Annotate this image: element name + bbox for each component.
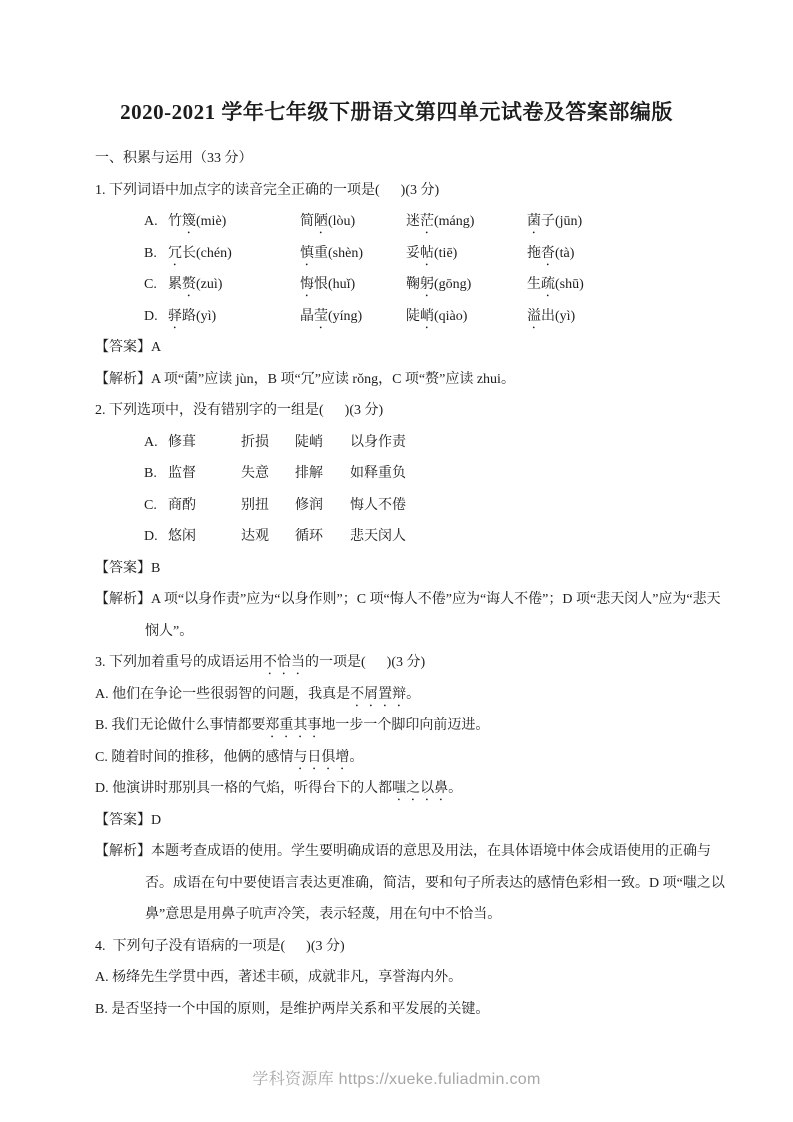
question-2-option-row: B.监督失意排解如释重负 (144, 458, 707, 490)
question-1-option-row: A.竹篾(miè)简陋(lòu)迷茫(máng)菌子(jūn) (144, 206, 707, 238)
text-run: (qiào) (434, 309, 467, 324)
question-1-option-row: D.驿路(yì)晶莹(yíng)陡峭(qiào)溢出(yì) (144, 301, 707, 333)
emphasized-text: 驿 (168, 309, 182, 324)
text-run: (yíng) (328, 309, 362, 324)
text-run: 简 (300, 214, 314, 229)
option-cell: 达观 (241, 521, 295, 553)
text-run: 拖 (527, 246, 541, 261)
text-run: 的一项是( )(3 分) (305, 655, 425, 670)
option-cell: 晶莹(yíng) (300, 301, 406, 333)
page-title: 2020-2021 学年七年级下册语文第四单元试卷及答案部编版 (0, 0, 793, 127)
option-cell: 以身作责 (350, 427, 707, 459)
emphasized-text: 峭 (420, 309, 434, 324)
text-run: 累 (168, 277, 182, 292)
option-cell: C.累赘(zuì) (144, 269, 300, 301)
emphasized-text: 赘 (182, 277, 196, 292)
option-cell: 妥帖(tiē) (406, 238, 527, 270)
question-3-option: A. 他们在争论一些很弱智的问题，我真是不屑置辩。 (95, 679, 707, 711)
question-4-option: B. 是否坚持一个中国的原则，是维护两岸关系和平发展的关键。 (95, 994, 707, 1026)
text-run: 别扭 (241, 498, 269, 513)
text-run: 3. 下列加着重号的成语运用 (95, 655, 263, 670)
option-cell: 循环 (295, 521, 350, 553)
text-run: 4. 下列句子没有语病的一项是( )(3 分) (95, 939, 345, 954)
option-label: A. (144, 206, 168, 238)
text-run: (tà) (555, 246, 574, 261)
text-run: 1. 下列词语中加点字的读音完全正确的一项是( )(3 分) (95, 183, 439, 198)
question-4-option: A. 杨绛先生学贯中西，著述丰硕，成就非凡，享誉海内外。 (95, 962, 707, 994)
option-label: C. (144, 490, 168, 522)
emphasized-text: 躬 (420, 277, 434, 292)
text-run: 修葺 (168, 435, 196, 450)
text-run: (gōng) (434, 277, 471, 292)
question-2-option-row: A.修葺折损陡峭以身作责 (144, 427, 707, 459)
text-run: (tiē) (434, 246, 457, 261)
emphasized-text: 莹 (314, 309, 328, 324)
option-label: C. (144, 269, 168, 301)
text-run: 悠闲 (168, 529, 196, 544)
text-run: 商酌 (168, 498, 196, 513)
question-3-analysis: 【解析】本题考查成语的使用。学生要明确成语的意思及用法，在具体语境中体会成语使用… (95, 836, 730, 931)
question-3-option: B. 我们无论做什么事情都要郑重其事地一步一个脚印向前迈进。 (95, 710, 707, 742)
text-run: C. 随着时间的推移，他俩的感情 (95, 750, 293, 765)
text-run: 出(yì) (541, 309, 575, 324)
emphasized-text: 篾 (182, 214, 196, 229)
option-cell: D.驿路(yì) (144, 301, 300, 333)
emphasized-text: 溢 (527, 309, 541, 324)
text-run: A. 杨绛先生学贯中西，著述丰硕，成就非凡，享誉海内外。 (95, 970, 462, 985)
option-cell: 陡峭(qiào) (406, 301, 527, 333)
text-run: 鞠 (406, 277, 420, 292)
option-cell: B.冗长(chén) (144, 238, 300, 270)
option-label: B. (144, 458, 168, 490)
question-1-analysis: 【解析】A 项“菌”应读 jùn，B 项“冗”应读 rǒng，C 项“赘”应读 … (95, 364, 730, 396)
question-2-analysis: 【解析】A 项“以身作责”应为“以身作则”；C 项“悔人不倦”应为“诲人不倦”；… (95, 584, 730, 647)
text-run: 恨(huǐ) (314, 277, 355, 292)
text-run: 妥 (406, 246, 420, 261)
option-label: A. (144, 427, 168, 459)
emphasized-text: 帖 (420, 246, 434, 261)
emphasized-text: 嗤之以鼻 (392, 781, 448, 796)
question-1-option-row: C.累赘(zuì)悔恨(huǐ)鞠躬(gōng)生疏(shū) (144, 269, 707, 301)
text-run: 以身作责 (350, 435, 406, 450)
text-run: B. 是否坚持一个中国的原则，是维护两岸关系和平发展的关键。 (95, 1002, 489, 1017)
question-1-answer: 【答案】A (95, 332, 707, 364)
question-2-answer: 【答案】B (95, 553, 707, 585)
option-cell: 如释重负 (350, 458, 707, 490)
text-run: 监督 (168, 466, 196, 481)
option-cell: 迷茫(máng) (406, 206, 527, 238)
text-run: 修润 (295, 498, 323, 513)
option-cell: 拖沓(tà) (527, 238, 707, 270)
footer: 学科资源库 https://xueke.fuliadmin.com (0, 1066, 793, 1089)
option-label: D. (144, 521, 168, 553)
question-1-stem: 1. 下列词语中加点字的读音完全正确的一项是( )(3 分) (95, 175, 707, 207)
emphasized-text: 悔 (300, 277, 314, 292)
option-cell: 折损 (241, 427, 295, 459)
emphasized-text: 菌 (527, 214, 541, 229)
emphasized-text: 不屑置辩 (350, 687, 406, 702)
text-run: 子(jūn) (541, 214, 582, 229)
text-run: 如释重负 (350, 466, 406, 481)
text-run: D. 他演讲时那别具一格的气焰，听得台下的人都 (95, 781, 392, 796)
option-cell: 别扭 (241, 490, 295, 522)
question-2-option-row: C.商酌别扭修润悔人不倦 (144, 490, 707, 522)
text-run: 达观 (241, 529, 269, 544)
exam-page: 2020-2021 学年七年级下册语文第四单元试卷及答案部编版 一、积累与运用（… (0, 0, 793, 1122)
questions: 1. 下列词语中加点字的读音完全正确的一项是( )(3 分)A.竹篾(miè)简… (95, 175, 707, 1026)
option-cell: A.竹篾(miè) (144, 206, 300, 238)
text-run: 排解 (295, 466, 323, 481)
text-run: 失意 (241, 466, 269, 481)
emphasized-text: 茫 (420, 214, 434, 229)
text-run: (zuì) (196, 277, 222, 292)
text-run: (lòu) (328, 214, 355, 229)
text-run: 2. 下列选项中，没有错别字的一组是( )(3 分) (95, 403, 383, 418)
question-2-stem: 2. 下列选项中，没有错别字的一组是( )(3 分) (95, 395, 707, 427)
emphasized-text: 疏 (541, 277, 555, 292)
option-label: B. (144, 238, 168, 270)
option-label: D. (144, 301, 168, 333)
text-run: 悔人不倦 (350, 498, 406, 513)
text-run: 陡 (406, 309, 420, 324)
option-cell: C.商酌 (144, 490, 241, 522)
emphasized-text: 沓 (541, 246, 555, 261)
option-cell: D.悠闲 (144, 521, 241, 553)
emphasized-text: 与日俱增 (293, 750, 349, 765)
text-run: 循环 (295, 529, 323, 544)
option-cell: 陡峭 (295, 427, 350, 459)
emphasized-text: 慎 (300, 246, 314, 261)
option-cell: 鞠躬(gōng) (406, 269, 527, 301)
option-cell: 菌子(jūn) (527, 206, 707, 238)
text-run: 迷 (406, 214, 420, 229)
question-3-stem: 3. 下列加着重号的成语运用不恰当的一项是( )(3 分) (95, 647, 707, 679)
option-cell: A.修葺 (144, 427, 241, 459)
question-2-option-row: D.悠闲达观循环悲天闵人 (144, 521, 707, 553)
text-run: 。 (406, 687, 420, 702)
emphasized-text: 不恰当 (263, 655, 305, 670)
emphasized-text: 陋 (314, 214, 328, 229)
question-4-stem: 4. 下列句子没有语病的一项是( )(3 分) (95, 931, 707, 963)
question-3-option: D. 他演讲时那别具一格的气焰，听得台下的人都嗤之以鼻。 (95, 773, 707, 805)
exam-body: 一、积累与运用（33 分） 1. 下列词语中加点字的读音完全正确的一项是( )(… (95, 143, 707, 1025)
option-cell: 悔人不倦 (350, 490, 707, 522)
text-run: 竹 (168, 214, 182, 229)
text-run: 重(shèn) (314, 246, 363, 261)
section-heading: 一、积累与运用（33 分） (95, 143, 707, 175)
text-run: 长(chén) (182, 246, 232, 261)
text-run: 。 (448, 781, 462, 796)
option-cell: 简陋(lòu) (300, 206, 406, 238)
text-run: 晶 (300, 309, 314, 324)
question-3-answer: 【答案】D (95, 805, 707, 837)
footer-watermark-text: 学科资源库 https://xueke.fuliadmin.com (252, 1071, 540, 1088)
option-cell: 悲天闵人 (350, 521, 707, 553)
text-run: (máng) (434, 214, 474, 229)
text-run: 生 (527, 277, 541, 292)
option-cell: 修润 (295, 490, 350, 522)
text-run: 。 (349, 750, 363, 765)
option-cell: 失意 (241, 458, 295, 490)
option-cell: 悔恨(huǐ) (300, 269, 406, 301)
option-cell: 排解 (295, 458, 350, 490)
text-run: 悲天闵人 (350, 529, 406, 544)
option-cell: 溢出(yì) (527, 301, 707, 333)
option-cell: 生疏(shū) (527, 269, 707, 301)
text-run: 地一步一个脚印向前迈进。 (321, 718, 489, 733)
text-run: B. 我们无论做什么事情都要 (95, 718, 265, 733)
text-run: (shū) (555, 277, 584, 292)
text-run: 折损 (241, 435, 269, 450)
text-run: (miè) (196, 214, 226, 229)
question-1-option-row: B.冗长(chén)慎重(shèn)妥帖(tiē)拖沓(tà) (144, 238, 707, 270)
text-run: 陡峭 (295, 435, 323, 450)
text-run: A. 他们在争论一些很弱智的问题，我真是 (95, 687, 350, 702)
question-3-option: C. 随着时间的推移，他俩的感情与日俱增。 (95, 742, 707, 774)
option-cell: 慎重(shèn) (300, 238, 406, 270)
emphasized-text: 冗 (168, 246, 182, 261)
text-run: 路(yì) (182, 309, 216, 324)
emphasized-text: 郑重其事 (265, 718, 321, 733)
option-cell: B.监督 (144, 458, 241, 490)
